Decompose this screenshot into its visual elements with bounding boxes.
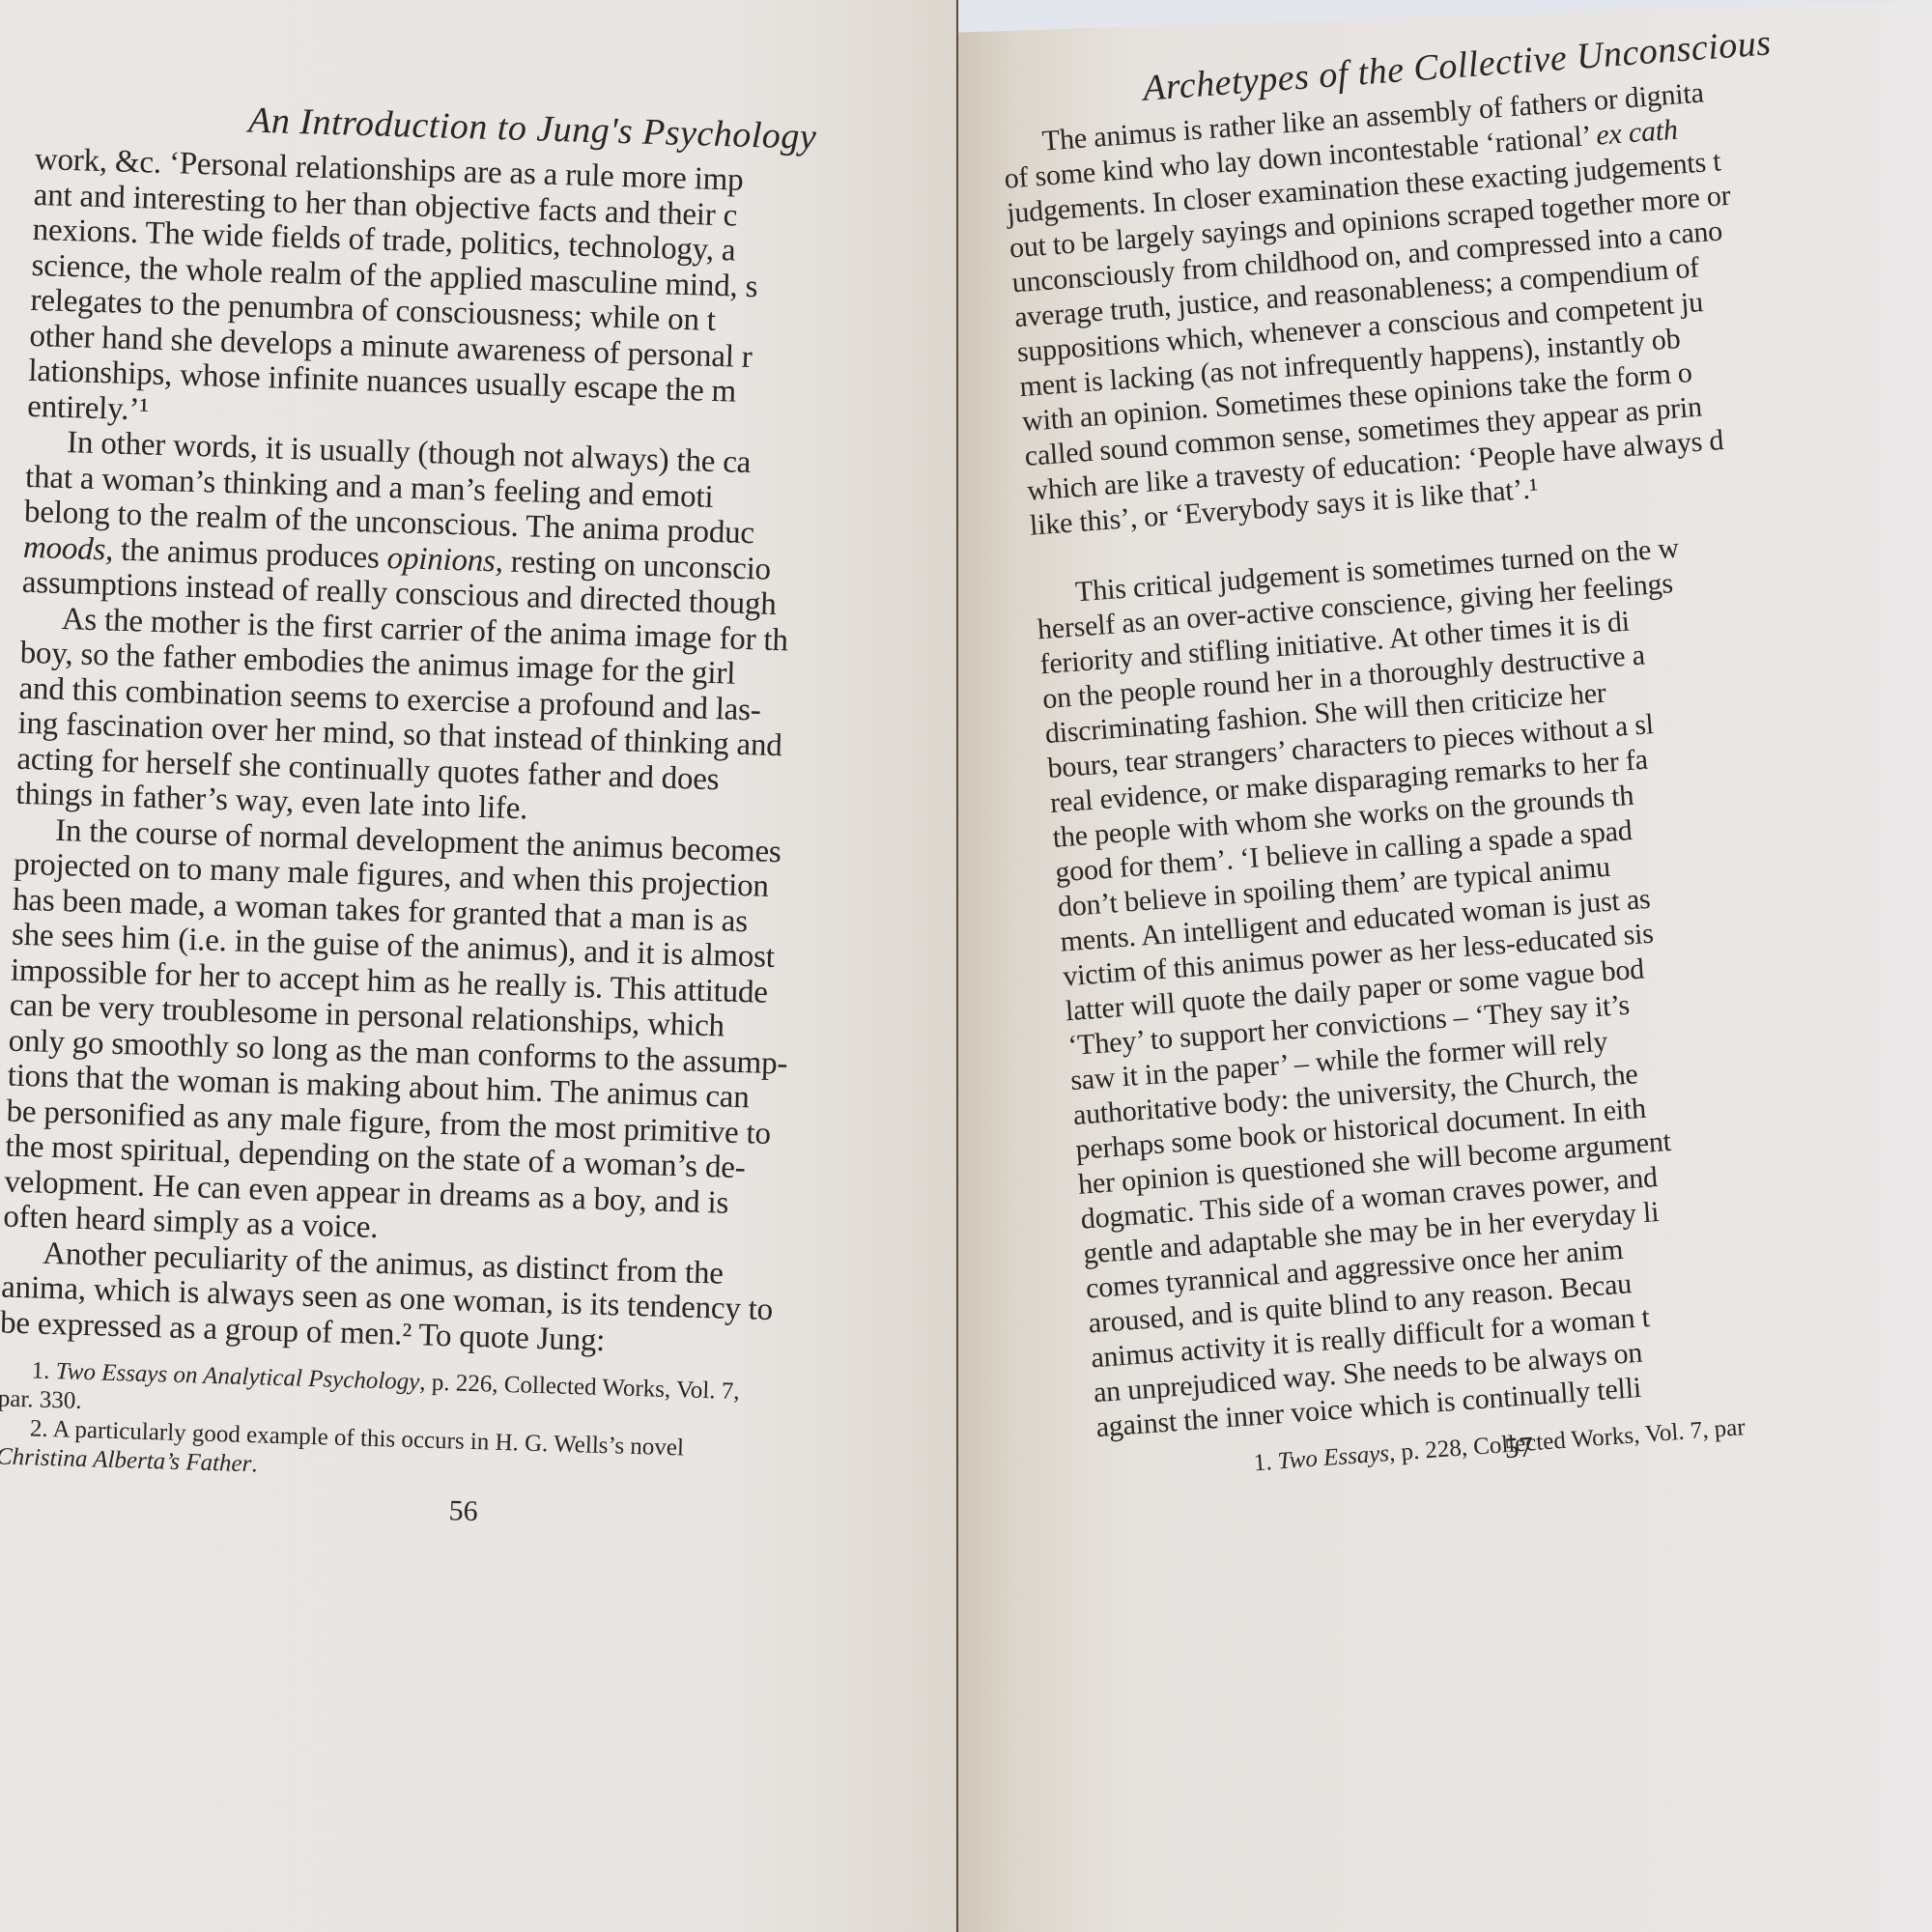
right-page: Archetypes of the Collective Unconscious… [956, 0, 1932, 1932]
right-body-text: The animus is rather like an assembly of… [1001, 49, 1932, 1445]
left-footnotes: 1. Two Essays on Analytical Psychology, … [0, 1355, 1034, 1502]
right-page-text-block: Archetypes of the Collective Unconscious… [997, 0, 1932, 1495]
left-page-text-block: An Introduction to Jung's Psychology wor… [0, 92, 1034, 1545]
left-body-text: work, &c. ‘Personal relationships are as… [0, 142, 1034, 1371]
left-page: An Introduction to Jung's Psychology wor… [0, 0, 1034, 1932]
